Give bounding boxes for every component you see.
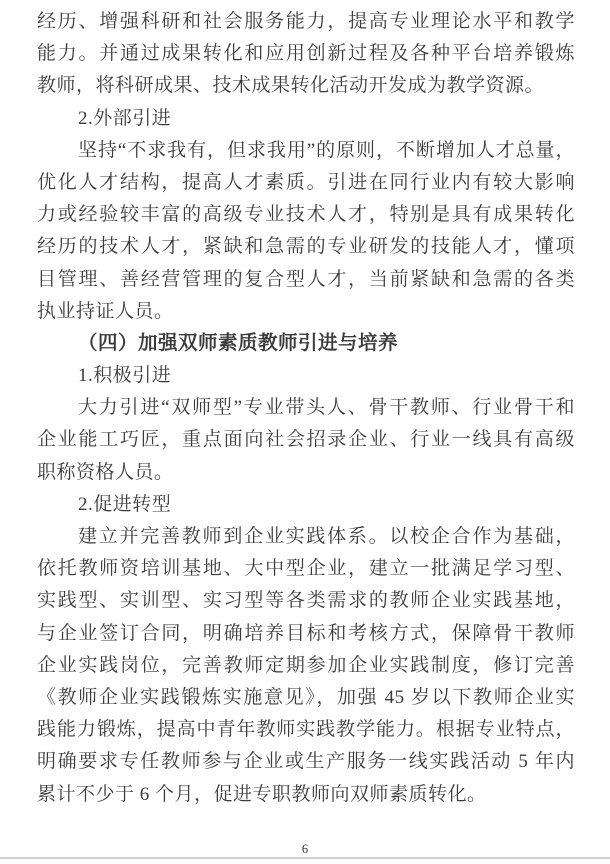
text-line: 践能力锻炼，提高中青年教师实践教学能力。根据专业特点， — [37, 714, 575, 746]
text-line: 经历的技术人才，紧缺和急需的专业研发的技能人才，懂项 — [37, 231, 575, 263]
text-line: 明确要求专任教师参与企业或生产服务一线实践活动 5 年内 — [37, 746, 575, 778]
text-line: 力或经验较丰富的高级专业技术人才，特别是具有成果转化 — [37, 199, 575, 231]
text-line: 教师，将科研成果、技术成果转化活动开发成为教学资源。 — [37, 70, 575, 102]
page-bottom-divider — [0, 857, 610, 859]
text-line: 建立并完善教师到企业实践体系。以校企合作为基础， — [37, 521, 575, 553]
text-line: 执业持证人员。 — [37, 296, 575, 328]
text-line: 目管理、善经营管理的复合型人才，当前紧缺和急需的各类 — [37, 264, 575, 296]
text-line: 优化人才结构，提高人才素质。引进在同行业内有较大影响 — [37, 167, 575, 199]
document-page: 经历、增强科研和社会服务能力，提高专业理论水平和教学能力。并通过成果转化和应用创… — [0, 0, 610, 864]
text-line: 能力。并通过成果转化和应用创新过程及各种平台培养锻炼 — [37, 38, 575, 70]
text-line: 《教师企业实践锻炼实施意见》，加强 45 岁以下教师企业实 — [37, 682, 575, 714]
text-line: 依托教师资培训基地、大中型企业，建立一批满足学习型、 — [37, 553, 575, 585]
text-line: 实践型、实训型、实习型等各类需求的教师企业实践基地， — [37, 585, 575, 617]
page-number: 6 — [0, 842, 610, 857]
section-heading: （四）加强双师素质教师引进与培养 — [37, 328, 575, 360]
document-body: 经历、增强科研和社会服务能力，提高专业理论水平和教学能力。并通过成果转化和应用创… — [37, 6, 575, 811]
text-line: 1.积极引进 — [37, 360, 575, 392]
text-line: 坚持“不求我有，但求我用”的原则，不断增加人才总量， — [37, 135, 575, 167]
text-line: 企业实践岗位，完善教师定期参加企业实践制度，修订完善 — [37, 650, 575, 682]
text-line: 职称资格人员。 — [37, 457, 575, 489]
text-line: 企业能工巧匠，重点面向社会招录企业、行业一线具有高级 — [37, 424, 575, 456]
text-line: 与企业签订合同，明确培养目标和考核方式，保障骨干教师 — [37, 618, 575, 650]
text-line: 大力引进“双师型”专业带头人、骨干教师、行业骨干和 — [37, 392, 575, 424]
text-line: 经历、增强科研和社会服务能力，提高专业理论水平和教学 — [37, 6, 575, 38]
text-line: 2.促进转型 — [37, 489, 575, 521]
text-line: 2.外部引进 — [37, 103, 575, 135]
text-line: 累计不少于 6 个月，促进专职教师向双师素质转化。 — [37, 779, 575, 811]
